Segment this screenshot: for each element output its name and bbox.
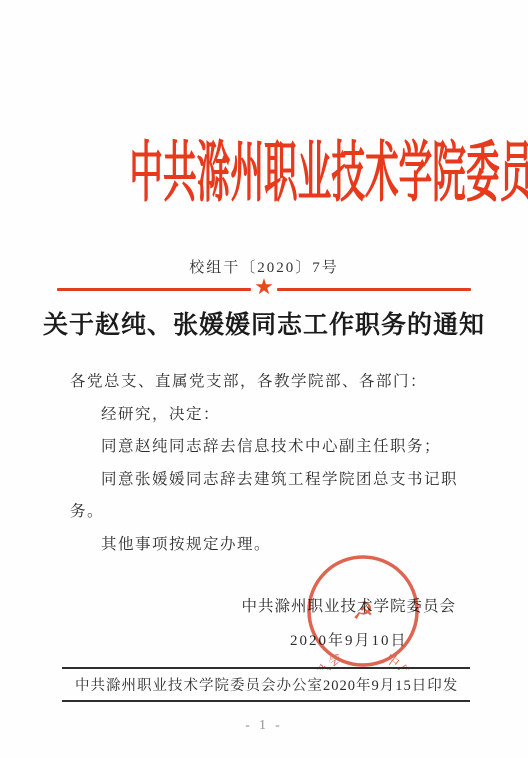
red-separator-rule: ★ xyxy=(57,279,471,299)
signature-authority-name: 中共滁州职业技术学院委员会 xyxy=(241,594,456,616)
signature-date: 2020年9月10日 xyxy=(241,629,456,650)
body-salutation: 各党总支、直属党支部，各教学院部、各部门： xyxy=(70,366,466,399)
document-footer: 中共滁州职业技术学院委员会办公室 2020年9月15日印发 xyxy=(62,667,470,702)
notice-title: 关于赵纯、张媛媛同志工作职务的通知 xyxy=(0,305,528,341)
footer-print-date: 2020年9月15日印发 xyxy=(323,674,458,695)
star-icon: ★ xyxy=(254,278,274,298)
body-paragraph: 经研究，决定： xyxy=(70,399,466,432)
footer-issuing-office: 中共滁州职业技术学院委员会办公室 xyxy=(75,674,323,695)
body-paragraph: 同意赵纯同志辞去信息技术中心副主任职务； xyxy=(70,431,466,464)
page-number: - 1 - xyxy=(0,717,528,733)
rule-right-segment xyxy=(277,288,471,291)
body-paragraph: 其他事项按规定办理。 xyxy=(70,529,466,562)
document-number: 校组干〔2020〕7号 xyxy=(0,256,528,277)
signature-block: 中共滁州职业技术学院委员会 2020年9月10日 xyxy=(241,594,456,650)
body-paragraph: 同意张媛媛同志辞去建筑工程学院团总支书记职务。 xyxy=(70,464,466,529)
rule-left-segment xyxy=(57,288,251,291)
official-document-page: 中共滁州职业技术学院委员会文件 校组干〔2020〕7号 ★ 关于赵纯、张媛媛同志… xyxy=(0,0,528,758)
document-body: 各党总支、直属党支部，各教学院部、各部门： 经研究，决定： 同意赵纯同志辞去信息… xyxy=(70,366,466,561)
document-masthead-title: 中共滁州职业技术学院委员会文件 xyxy=(129,133,398,215)
